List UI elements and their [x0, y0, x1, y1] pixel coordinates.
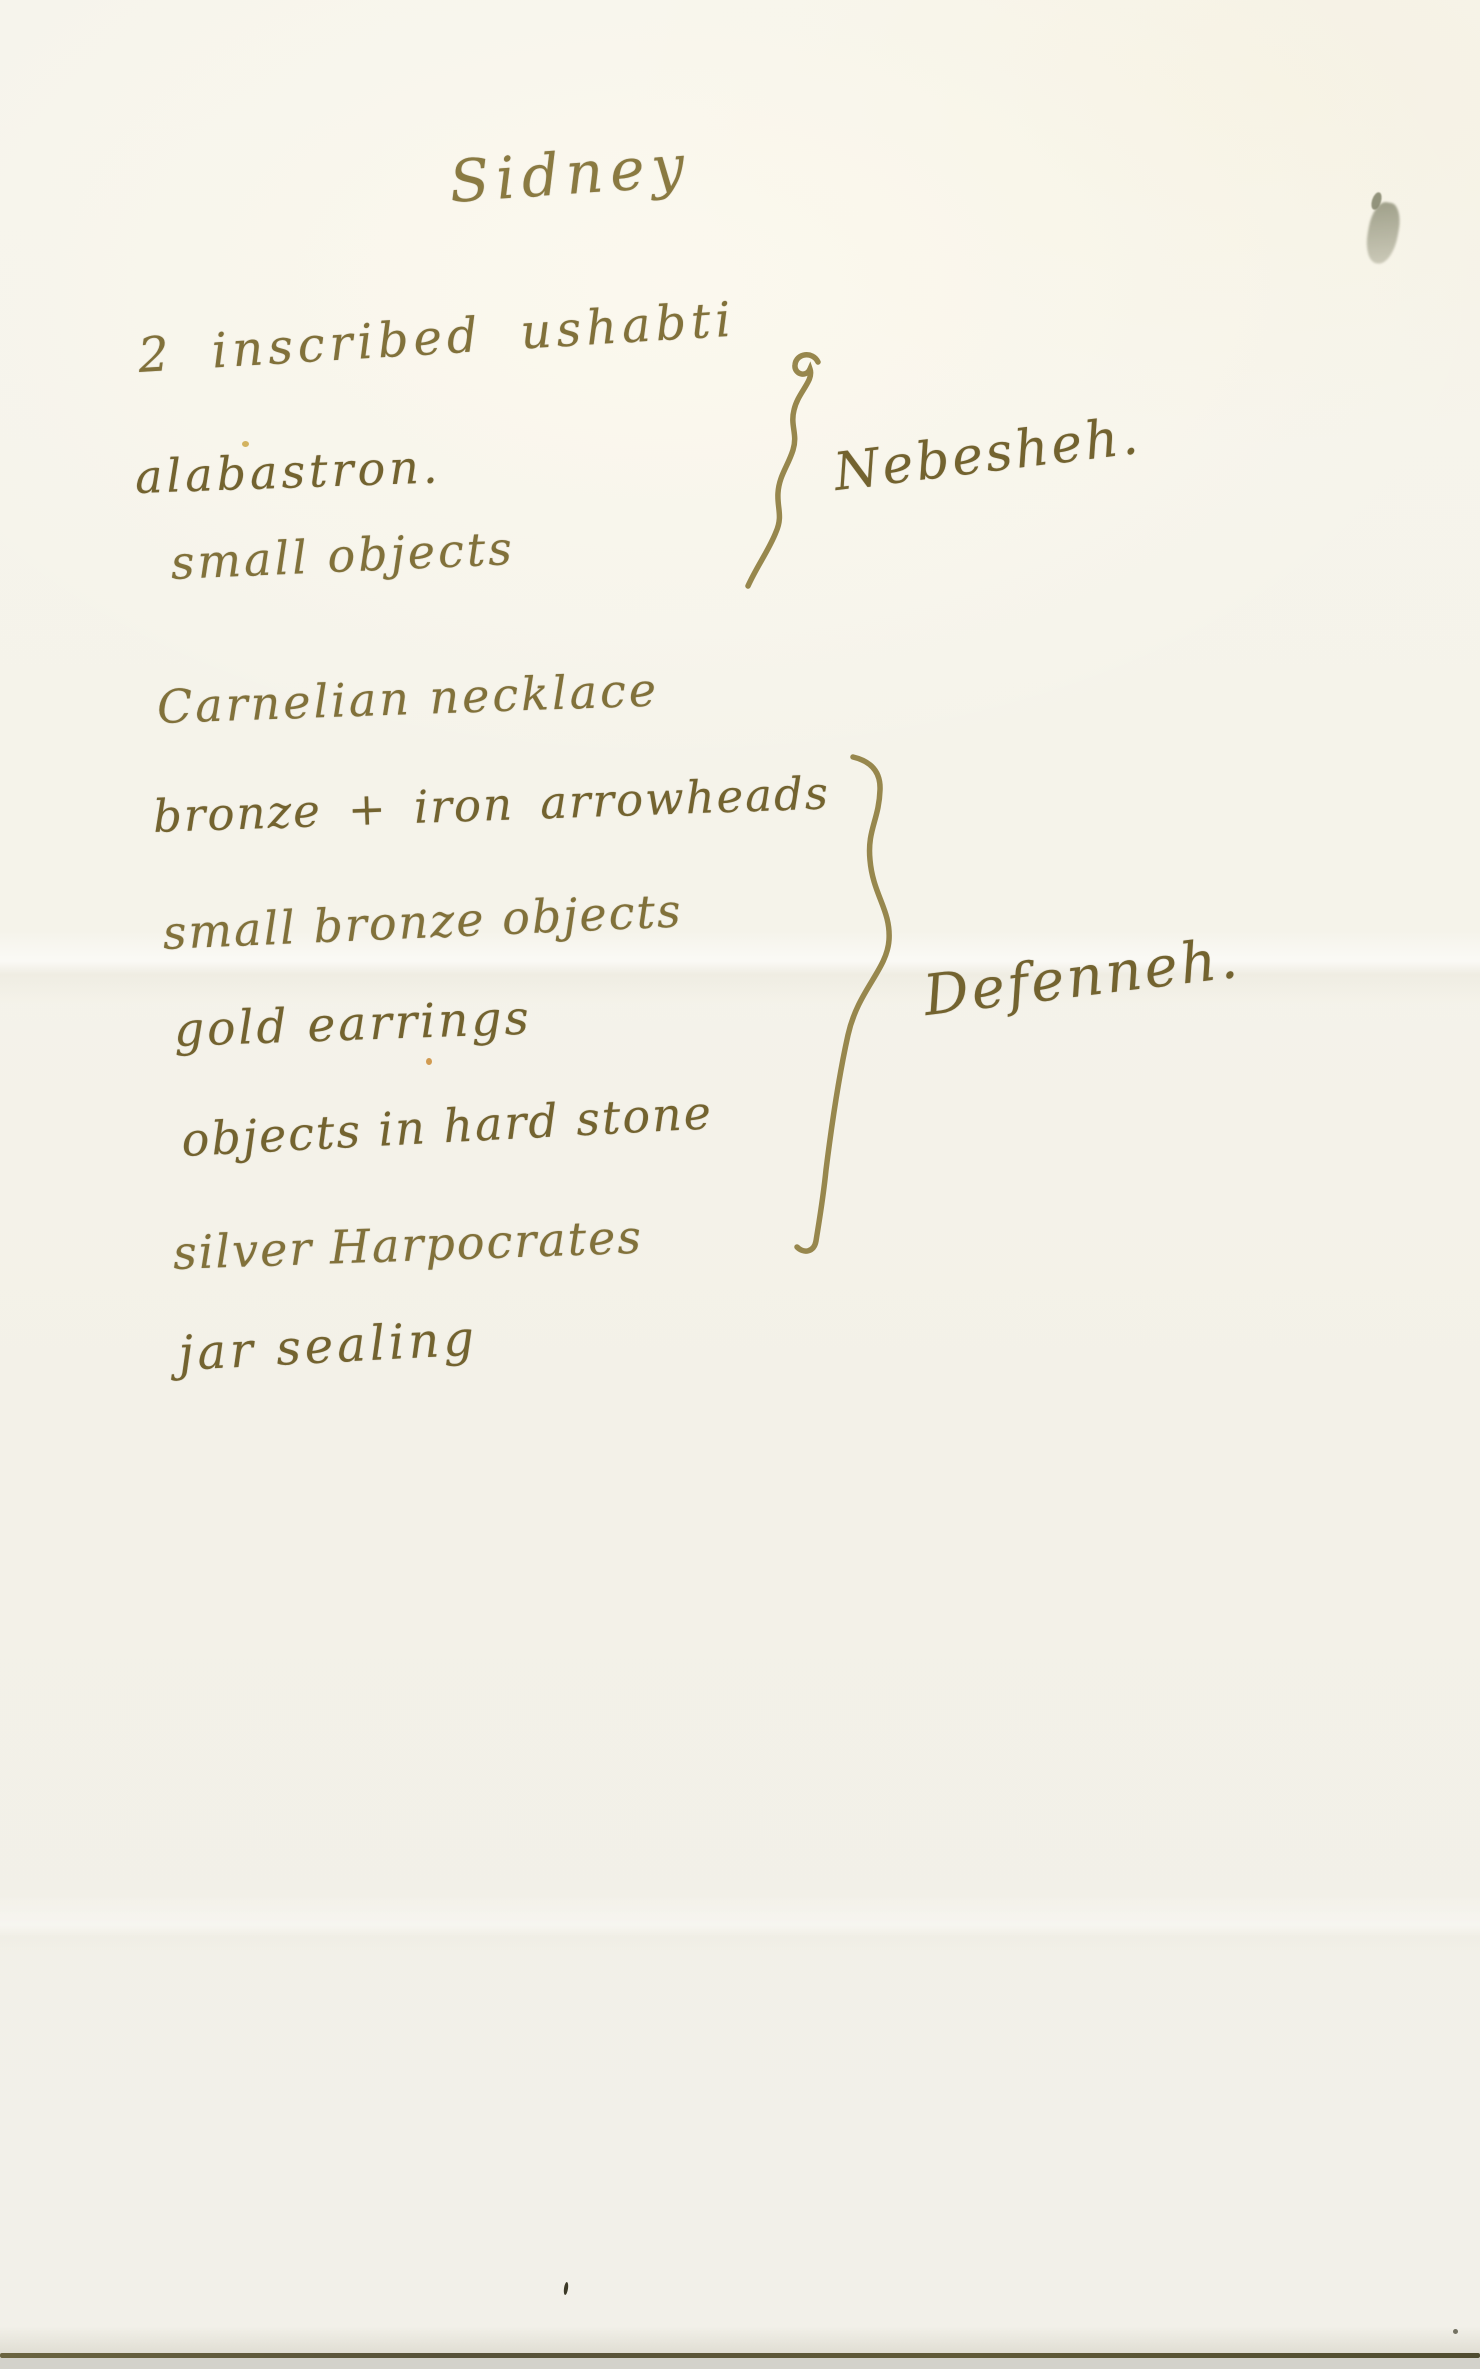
dust-speck	[563, 2282, 569, 2295]
ink-fleck	[242, 441, 249, 447]
item-line-bronze-iron-arrowheads: bronze + iron arrowheads	[152, 766, 831, 843]
item-line-objects-hard-stone: objects in hard stone	[180, 1085, 714, 1167]
scanner-background	[0, 2358, 1480, 2369]
item-line-alabastron: alabastron.	[134, 439, 442, 504]
site-label-nebesheh: Nebesheh.	[831, 406, 1144, 503]
item-line-gold-earrings: gold earrings	[173, 991, 532, 1058]
item-line-silver-harpocrates: silver Harpocrates	[172, 1210, 644, 1280]
page-title: Sidney	[447, 131, 693, 216]
item-line-inscribed-ushabti: 2 inscribed ushabti	[137, 292, 738, 384]
paper-sheet: Sidney 2 inscribed ushabti alabastron. s…	[0, 0, 1480, 2360]
grouping-brace-nebesheh	[735, 348, 830, 598]
paper-bottom-shadow	[0, 2326, 1480, 2354]
item-line-carnelian-necklace: Carnelian necklace	[156, 663, 660, 734]
fold-crease-lower	[0, 1895, 1480, 1955]
grouping-brace-defenneh	[788, 748, 903, 1263]
ink-fleck	[426, 1058, 432, 1065]
item-line-small-objects: small objects	[170, 521, 516, 590]
paper-blemish	[1363, 200, 1403, 266]
item-line-jar-sealing: jar sealing	[177, 1310, 479, 1382]
